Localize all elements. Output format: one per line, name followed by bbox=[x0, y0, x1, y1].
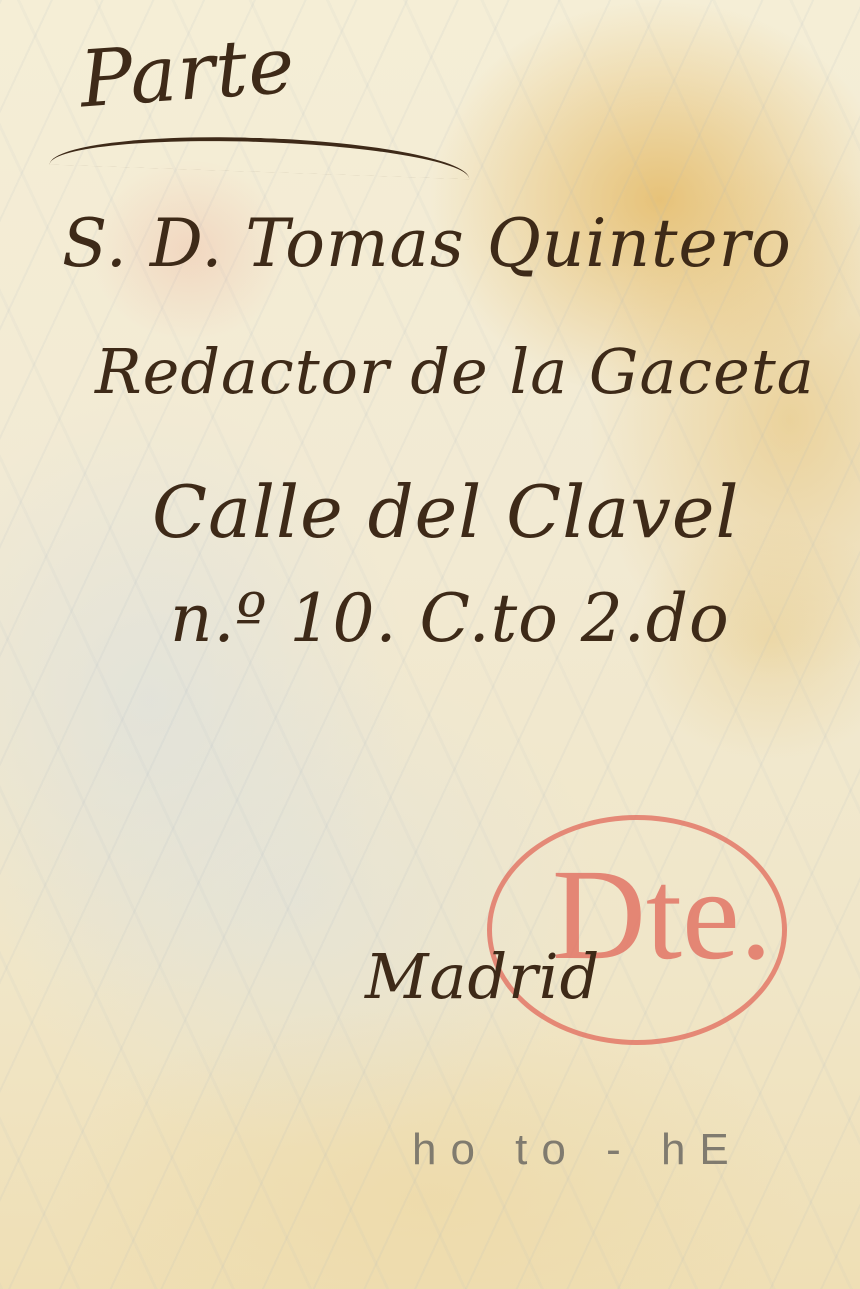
pencil-annotation: ho to - hE bbox=[412, 1125, 743, 1175]
street-line: Calle del Clavel bbox=[152, 470, 740, 554]
addressee-name: S. D. Tomas Quintero bbox=[62, 205, 792, 282]
addressee-title: Redactor de la Gaceta bbox=[95, 335, 815, 408]
city-line: Madrid bbox=[365, 940, 600, 1013]
number-line: n.º 10. C.to 2.do bbox=[170, 580, 730, 657]
document-cover: Parte S. D. Tomas Quintero Redactor de l… bbox=[0, 0, 860, 1289]
heading-parte: Parte bbox=[77, 21, 298, 126]
